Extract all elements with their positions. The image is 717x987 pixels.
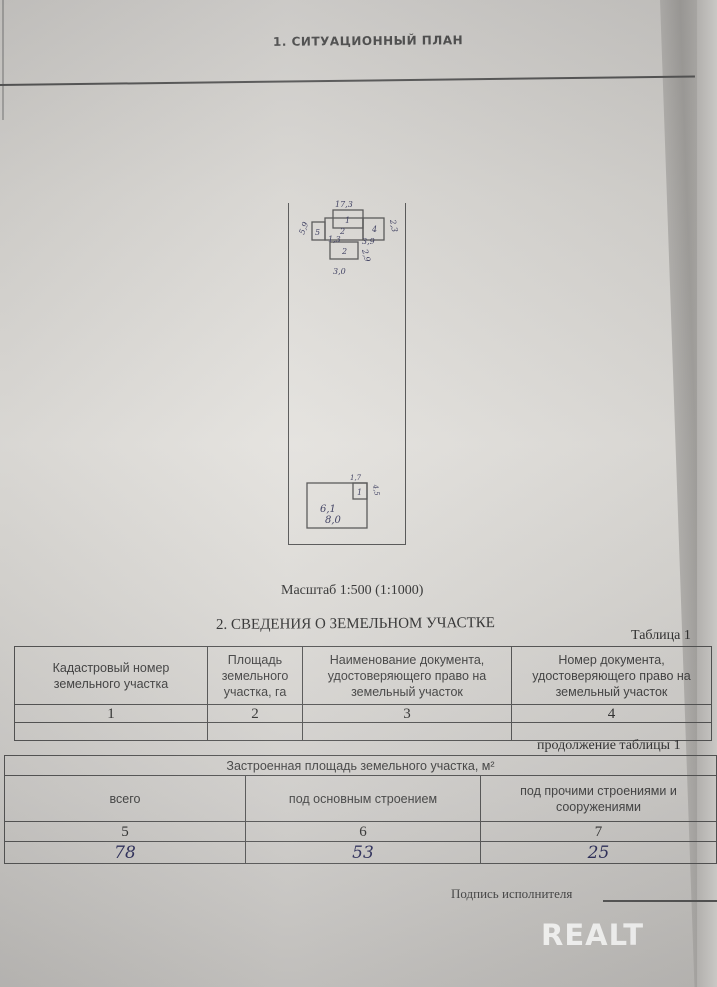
- plan-label: 17,3: [335, 200, 353, 209]
- land-plot-table: Кадастровый номер земельного участка Пло…: [14, 646, 712, 741]
- svg-text:1,7: 1,7: [350, 474, 362, 482]
- svg-text:4: 4: [371, 225, 377, 234]
- svg-text:1: 1: [357, 488, 362, 497]
- column-number: 3: [303, 705, 512, 723]
- svg-text:5: 5: [315, 228, 320, 237]
- svg-text:3,9: 3,9: [362, 237, 375, 246]
- column-number: 5: [5, 822, 246, 842]
- svg-text:3,0: 3,0: [333, 267, 346, 276]
- svg-text:2: 2: [339, 227, 345, 236]
- header-total: всего: [5, 776, 246, 822]
- header-area: Площадь земельного участка, га: [208, 647, 303, 705]
- value-other-buildings-area: 25: [481, 842, 717, 864]
- value-main-building-area: 53: [246, 842, 481, 864]
- column-number: 4: [512, 705, 712, 723]
- scale-label: Масштаб 1:500 (1:1000): [281, 583, 423, 599]
- column-number: 6: [246, 822, 481, 842]
- svg-text:4,5: 4,5: [371, 483, 381, 497]
- svg-text:2,3: 2,3: [388, 218, 399, 233]
- column-number: 7: [481, 822, 717, 842]
- header-cadastral-number: Кадастровый номер земельного участка: [15, 647, 208, 705]
- svg-text:8,0: 8,0: [325, 515, 342, 526]
- svg-text:1: 1: [345, 216, 350, 225]
- table1-caption: Таблица 1: [631, 628, 691, 644]
- built-area-table: Застроенная площадь земельного участка, …: [4, 755, 717, 864]
- realt-watermark-logo: REALT: [541, 918, 644, 952]
- left-border-line: [2, 0, 4, 120]
- section-2-title: 2. СВЕДЕНИЯ О ЗЕМЕЛЬНОМ УЧАСТКЕ: [216, 615, 495, 634]
- section-1-title: 1. СИТУАЦИОННЫЙ ПЛАН: [273, 33, 463, 49]
- column-number: 1: [15, 705, 208, 723]
- value-area: [208, 723, 303, 741]
- svg-text:1,3: 1,3: [328, 235, 341, 244]
- header-main-building: под основным строением: [246, 776, 481, 822]
- svg-text:2,9: 2,9: [360, 247, 372, 263]
- column-number: 2: [208, 705, 303, 723]
- header-document-name: Наименование документа, удостоверяющего …: [303, 647, 512, 705]
- svg-text:6,1: 6,1: [320, 504, 336, 515]
- situation-plan-drawing: 17,3 5,9 2,3 3,9 1,3 2,9 3,0 1 2 4 5 2 1…: [280, 190, 410, 540]
- signature-label: Подпись исполнителя: [451, 886, 572, 902]
- header-built-area: Застроенная площадь земельного участка, …: [5, 756, 717, 776]
- table1-continuation-caption: продолжение таблицы 1: [537, 738, 681, 754]
- title-underline: [0, 76, 695, 86]
- header-document-number: Номер документа, удостоверяющего право н…: [512, 647, 712, 705]
- svg-text:5,9: 5,9: [297, 221, 310, 236]
- value-document-name: [303, 723, 512, 741]
- signature-line: [603, 900, 717, 902]
- svg-text:2: 2: [341, 247, 347, 256]
- value-total-area: 78: [5, 842, 246, 864]
- header-other-buildings: под прочими строениями и сооружениями: [481, 776, 717, 822]
- value-cadastral-number: [15, 723, 208, 741]
